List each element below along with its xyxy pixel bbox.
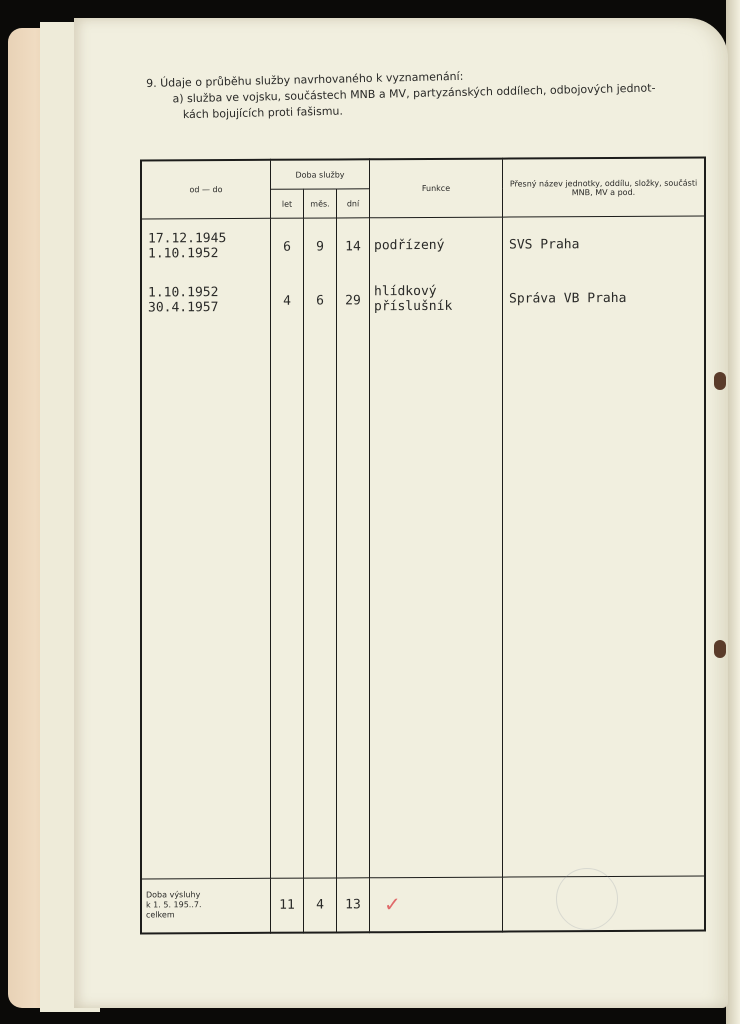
- period-cell: 17.12.1945 1.10.1952 1.10.1952 30.4.1957: [141, 218, 271, 879]
- years-value: 6: [272, 220, 302, 274]
- from-date: 17.12.1945: [148, 231, 264, 247]
- table-header-row: od — do Doba služby Funkce Přesný název …: [141, 158, 705, 190]
- table-row: 1.10.1952 30.4.1957: [148, 273, 264, 328]
- next-page-edge: [726, 0, 740, 1024]
- function-cell: podřízený hlídkový příslušník: [370, 217, 503, 878]
- months-cell: 9 6: [304, 218, 337, 878]
- header-duration: Doba služby: [271, 159, 370, 189]
- years-cell: 6 4: [271, 218, 304, 878]
- header-function: Funkce: [370, 159, 503, 218]
- faint-stamp-icon: [556, 868, 618, 930]
- unit-cell: SVS Praha Správa VB Praha: [503, 216, 706, 877]
- header-days: dní: [337, 189, 370, 218]
- days-value: 29: [338, 273, 368, 327]
- table-body-row: 17.12.1945 1.10.1952 1.10.1952 30.4.1957…: [141, 216, 705, 879]
- header-years: let: [271, 189, 304, 218]
- unit-value: SVS Praha: [509, 217, 698, 272]
- binder-hole-icon: [714, 640, 726, 658]
- total-years: 11: [271, 878, 304, 932]
- to-date: 1.10.1952: [148, 246, 264, 262]
- header-unit: Přesný název jednotky, oddílu, složky, s…: [503, 158, 706, 218]
- from-date: 1.10.1952: [148, 285, 264, 301]
- function-value: podřízený: [374, 218, 498, 273]
- months-value: 6: [305, 273, 335, 327]
- months-value: 9: [305, 219, 335, 273]
- header-months: měs.: [304, 189, 337, 218]
- unit-value: Správa VB Praha: [509, 271, 698, 326]
- service-record-table: od — do Doba služby Funkce Přesný název …: [140, 157, 706, 934]
- total-label: Doba výsluhy k 1. 5. 195..7. celkem: [141, 878, 271, 933]
- to-date: 30.4.1957: [148, 300, 264, 316]
- binder-hole-icon: [714, 372, 726, 390]
- days-value: 14: [338, 219, 368, 273]
- total-days: 13: [337, 878, 370, 932]
- function-value: hlídkový příslušník: [374, 272, 498, 327]
- table-row: 17.12.1945 1.10.1952: [148, 219, 264, 274]
- check-cell: ✓: [370, 877, 503, 932]
- total-months: 4: [304, 878, 337, 932]
- check-mark-icon: ✓: [384, 892, 401, 916]
- years-value: 4: [272, 274, 302, 328]
- header-period: od — do: [141, 160, 271, 219]
- total-row: Doba výsluhy k 1. 5. 195..7. celkem 11 4…: [141, 876, 705, 933]
- days-cell: 14 29: [337, 218, 370, 878]
